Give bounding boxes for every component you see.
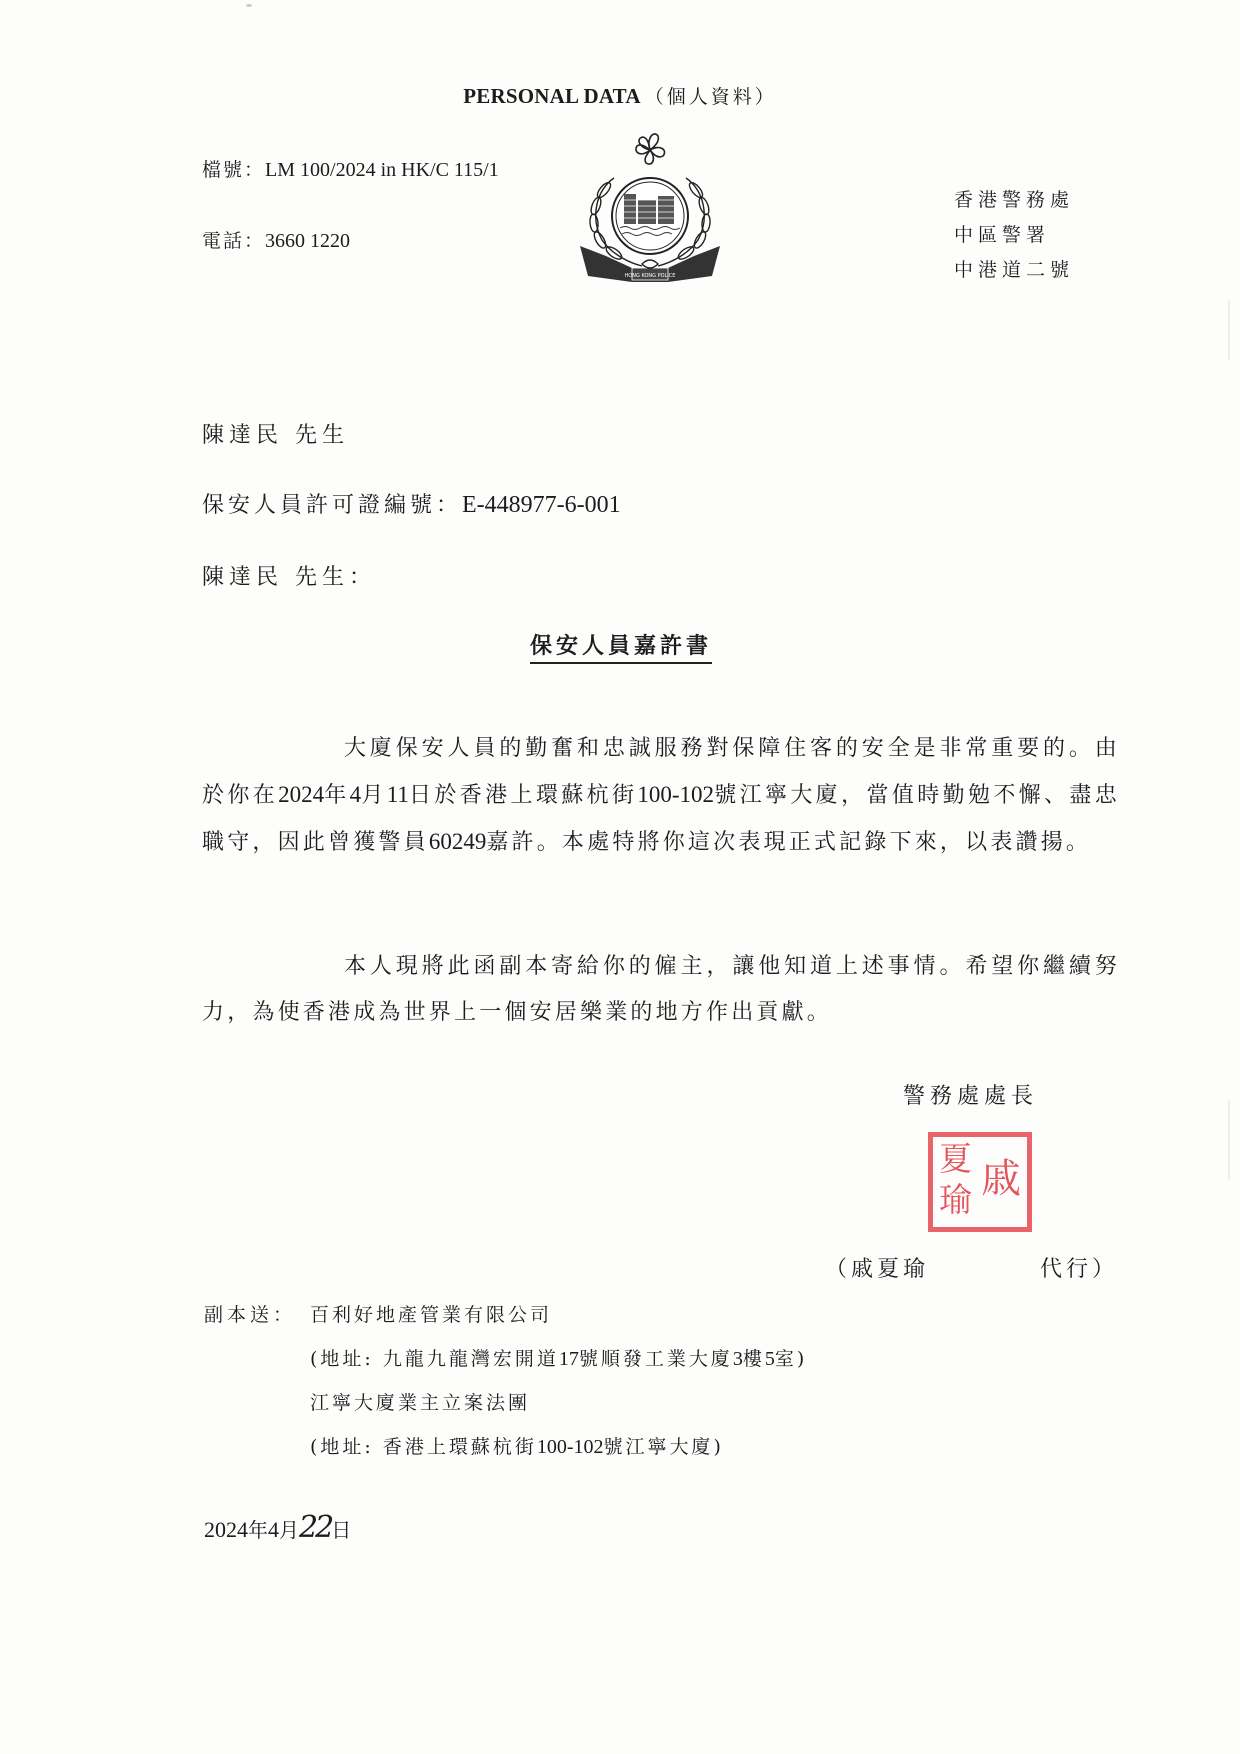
address-number: 100-102 [537,1436,604,1458]
body-paragraph-2: 本人現將此函副本寄給你的僱主，讓他知道上述事情。希望你繼續努力，為使香港成為世界… [202,944,1120,1036]
emblem-ribbon-text: HONG KONG POLICE [625,273,676,279]
address-text: 號江寧大廈) [604,1436,724,1458]
cc-recipient-2-address: (地址: 香港上環蘇杭街100-102號江寧大廈) [310,1432,724,1459]
address-line-1: 香港警務處 [954,183,1074,218]
address-text: 室) [775,1348,807,1370]
body-text: 日於香港上環蘇杭街 [409,783,638,808]
copy-to-label: 副本送： [204,1300,296,1327]
license-label: 保安人員許可證編號： [202,493,462,518]
signatory-title: 警務處處長 [903,1079,1038,1110]
body-text: 月 [361,783,387,808]
seal-char: 戚 [981,1157,1021,1201]
address-number: 3 [733,1348,743,1370]
classification-en: PERSONAL DATA [463,84,640,108]
address-number: 5 [765,1348,775,1370]
address-number: 17 [559,1348,579,1370]
signatory-name: （戚夏瑜 [825,1252,929,1283]
salutation: 陳達民 先生： [202,560,376,591]
letter-date: 2024年4月22日 [204,1510,351,1545]
address-text: (地址: 香港上環蘇杭街 [310,1436,537,1458]
date-month: 4 [268,1517,279,1542]
file-label: 檔號： [202,159,265,181]
incident-day: 11 [387,782,409,807]
telephone: 電話：3660 1220 [202,226,350,253]
tel-number: 3660 1220 [265,230,350,252]
address-line-2: 中區警署 [954,218,1074,253]
address-text: 號順發工業大廈 [579,1348,733,1370]
incident-year: 2024 [278,782,324,807]
officer-number: 60249 [429,829,487,854]
cc-recipient-1-address: (地址: 九龍九龍灣宏開道17號順發工業大廈3樓5室) [310,1344,807,1371]
cc-recipient-1-name: 百利好地產管業有限公司 [310,1300,552,1327]
acting-label: 代行） [1040,1252,1118,1283]
recipient-name: 陳達民 先生 [202,418,349,449]
hong-kong-police-emblem-icon: HONG KONG POLICE [574,128,726,286]
body-text: 年 [324,783,350,808]
sender-address: 香港警務處 中區警署 中港道二號 [954,183,1074,288]
date-year: 2024 [204,1517,248,1542]
date-text: 月 [279,1518,299,1542]
letter-subject: 保安人員嘉許書 [530,629,712,664]
cc-recipient-2-name: 江寧大廈業主立案法團 [310,1388,530,1415]
official-seal-stamp: 夏 瑜 戚 [928,1132,1032,1232]
license-number-line: 保安人員許可證編號：E-448977-6-001 [202,488,621,519]
incident-month: 4 [350,782,362,807]
building-number: 100-102 [637,782,714,807]
address-text: (地址: 九龍九龍灣宏開道 [310,1348,559,1370]
file-reference: 檔號：LM 100/2024 in HK/C 115/1 [202,155,499,182]
body-paragraph-1: 大廈保安人員的勤奮和忠誠服務對保障住客的安全是非常重要的。由於你在2024年4月… [202,726,1120,866]
scan-edge [1228,300,1230,360]
address-text: 樓 [743,1348,765,1370]
scan-edge [1228,1100,1230,1180]
scan-speck [246,4,252,7]
seal-char: 夏 [939,1141,972,1177]
classification-header: PERSONAL DATA（個人資料） [0,82,1240,109]
classification-cn: （個人資料） [645,87,777,108]
license-number: E-448977-6-001 [462,492,621,518]
address-line-3: 中港道二號 [954,253,1074,288]
file-number: LM 100/2024 in HK/C 115/1 [265,159,499,181]
tel-label: 電話： [202,230,265,252]
date-text: 日 [331,1518,351,1542]
date-day-handwritten: 22 [299,1510,331,1545]
seal-char: 瑜 [939,1182,972,1218]
date-text: 年 [248,1518,268,1542]
body-text: 嘉許。本處特將你這次表現正式記錄下來，以表讚揚。 [486,830,1091,855]
